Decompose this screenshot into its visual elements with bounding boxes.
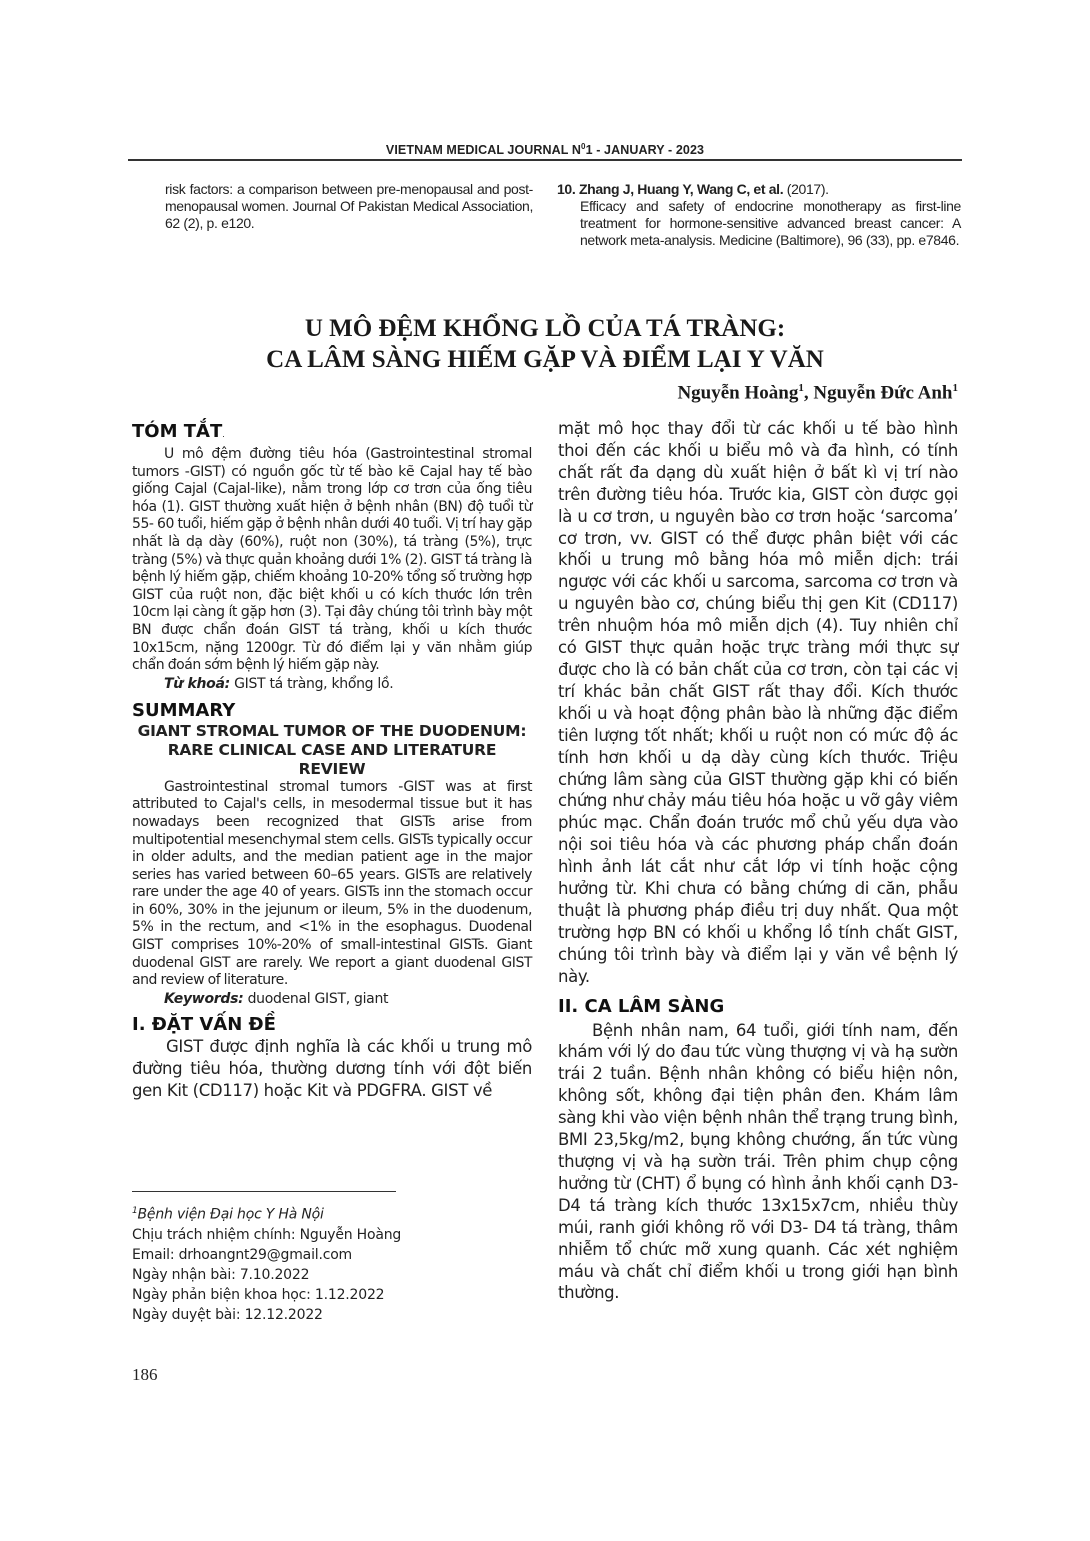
email: Email: drhoangnt29@gmail.com (132, 1245, 532, 1265)
article-title: U MÔ ĐỆM KHỔNG LỒ CỦA TÁ TRÀNG: CA LÂM S… (180, 313, 910, 375)
corresponding-author: Chịu trách nhiệm chính: Nguyễn Hoàng (132, 1225, 532, 1245)
affiliation-text: Bệnh viện Đại học Y Hà Nội (138, 1207, 324, 1223)
journal-page: VIETNAM MEDICAL JOURNAL N01 - JANUARY - … (0, 0, 1090, 1541)
abstract-vi-text: U mô đệm đường tiêu hóa (Gastrointestina… (132, 446, 532, 675)
author-separator: , (804, 382, 814, 403)
right-column: mặt mô học thay đổi từ các khối u tế bào… (558, 418, 958, 1304)
summary-text: Gastrointestinal stromal tumors -GIST wa… (132, 779, 532, 990)
section-1-heading: I. ĐẶT VẤN ĐỀ (132, 1014, 532, 1036)
keywords-vi: Từ khoá: GIST tá tràng, khổng lồ. (132, 675, 532, 693)
author-2-affiliation-mark: 1 (953, 382, 959, 394)
summary-title: GIANT STROMAL TUMOR OF THE DUODENUM: RAR… (132, 722, 532, 779)
keywords-vi-value: GIST tá tràng, khổng lồ. (230, 676, 393, 692)
journal-name: VIETNAM MEDICAL JOURNAL N (386, 143, 581, 157)
date-accepted: Ngày duyệt bài: 12.12.2022 (132, 1305, 532, 1325)
left-column: TÓM TẮT. U mô đệm đường tiêu hóa (Gastro… (132, 421, 532, 1102)
keywords-vi-label: Từ khoá: (164, 676, 230, 692)
reference-number: 10. (557, 181, 575, 197)
abstract-vi-heading: TÓM TẮT. (132, 421, 532, 446)
running-header: VIETNAM MEDICAL JOURNAL N01 - JANUARY - … (128, 142, 962, 157)
heading-text: TÓM TẮT (132, 421, 222, 442)
footnotes: 1Bệnh viện Đại học Y Hà Nội Chịu trách n… (132, 1201, 532, 1325)
author-list: Nguyễn Hoàng1, Nguyễn Đức Anh1 (560, 382, 958, 404)
keywords-en-label: Keywords: (164, 991, 243, 1007)
section-2-heading: II. CA LÂM SÀNG (558, 996, 958, 1018)
title-line-2: CA LÂM SÀNG HIẾM GẶP VÀ ĐIỂM LẠI Y VĂN (180, 344, 910, 375)
title-line-1: U MÔ ĐỆM KHỔNG LỒ CỦA TÁ TRÀNG: (180, 313, 910, 344)
issue-date: 1 - JANUARY - 2023 (586, 143, 705, 157)
keywords-en-value: duodenal GIST, giant (243, 991, 388, 1007)
author-1: Nguyễn Hoàng (677, 382, 798, 403)
reference-continuation: risk factors: a comparison between pre-m… (165, 181, 533, 232)
keywords-en: Keywords: duodenal GIST, giant (132, 990, 532, 1008)
heading-dot: . (222, 430, 225, 439)
summary-heading: SUMMARY (132, 700, 532, 722)
reference-item-10: 10. Zhang J, Huang Y, Wang C, et al. (20… (557, 181, 961, 249)
section-1-text-part1: GIST được định nghĩa là các khối u trung… (132, 1036, 532, 1102)
section-1-text-part2: mặt mô học thay đổi từ các khối u tế bào… (558, 418, 958, 988)
date-received: Ngày nhận bài: 7.10.2022 (132, 1265, 532, 1285)
footnote-rule (132, 1191, 396, 1192)
date-reviewed: Ngày phản biện khoa học: 1.12.2022 (132, 1285, 532, 1305)
section-2-text: Bệnh nhân nam, 64 tuổi, giới tính nam, đ… (558, 1020, 958, 1305)
reference-text: Efficacy and safety of endocrine monothe… (557, 198, 961, 249)
author-2: Nguyễn Đức Anh (813, 382, 952, 403)
affiliation: 1Bệnh viện Đại học Y Hà Nội (132, 1201, 532, 1225)
reference-authors: Zhang J, Huang Y, Wang C, et al. (579, 181, 783, 197)
header-rule (128, 159, 962, 161)
page-number: 186 (132, 1365, 158, 1385)
reference-year: (2017). (787, 181, 829, 197)
